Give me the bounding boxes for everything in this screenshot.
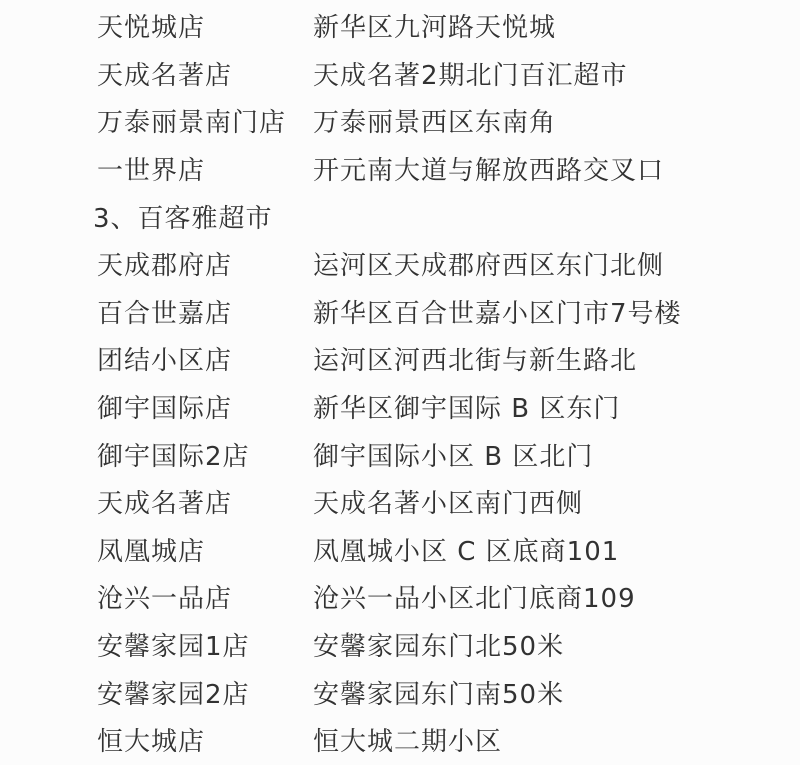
store-name: 安馨家园1店 — [97, 626, 313, 663]
store-address: 开元南大道与解放西路交叉口 — [313, 150, 800, 187]
store-name: 御宇国际店 — [97, 388, 313, 425]
store-name: 天悦城店 — [97, 7, 313, 44]
store-name: 天成郡府店 — [97, 245, 313, 282]
store-row: 团结小区店 运河区河西北街与新生路北 — [0, 335, 800, 383]
store-address: 御宇国际小区 B 区北门 — [313, 436, 800, 473]
store-row: 安馨家园1店 安馨家园东门北50米 — [0, 621, 800, 669]
store-row: 一世界店 开元南大道与解放西路交叉口 — [0, 145, 800, 193]
store-row: 百合世嘉店 新华区百合世嘉小区门市7号楼 — [0, 288, 800, 336]
store-name: 沧兴一品店 — [97, 578, 313, 615]
store-name: 团结小区店 — [97, 340, 313, 377]
section-header-text: 3、百客雅超市 — [93, 198, 273, 235]
store-row: 沧兴一品店 沧兴一品小区北门底商109 — [0, 573, 800, 621]
store-row: 恒大城店 恒大城二期小区 — [0, 716, 800, 764]
store-name: 万泰丽景南门店 — [97, 102, 313, 139]
store-directory-page: 天悦城店 新华区九河路天悦城 天成名著店 天成名著2期北门百汇超市 万泰丽景南门… — [0, 0, 800, 765]
store-address: 安馨家园东门南50米 — [313, 674, 800, 711]
store-address: 新华区百合世嘉小区门市7号楼 — [313, 293, 800, 330]
store-address: 沧兴一品小区北门底商109 — [313, 578, 800, 615]
store-name: 一世界店 — [97, 150, 313, 187]
store-name: 凤凰城店 — [97, 531, 313, 568]
store-name: 天成名著店 — [97, 55, 313, 92]
store-row: 安馨家园2店 安馨家园东门南50米 — [0, 668, 800, 716]
store-name: 御宇国际2店 — [97, 436, 313, 473]
store-address: 恒大城二期小区 — [313, 721, 800, 758]
store-row: 御宇国际店 新华区御宇国际 B 区东门 — [0, 383, 800, 431]
section-header: 3、百客雅超市 — [0, 192, 800, 240]
store-row: 万泰丽景南门店 万泰丽景西区东南角 — [0, 97, 800, 145]
store-name: 恒大城店 — [97, 721, 313, 758]
store-name: 天成名著店 — [97, 483, 313, 520]
store-name: 安馨家园2店 — [97, 674, 313, 711]
store-address: 万泰丽景西区东南角 — [313, 102, 800, 139]
store-row: 天成名著店 天成名著2期北门百汇超市 — [0, 50, 800, 98]
store-row: 天成郡府店 运河区天成郡府西区东门北侧 — [0, 240, 800, 288]
store-address: 安馨家园东门北50米 — [313, 626, 800, 663]
store-address: 凤凰城小区 C 区底商101 — [313, 531, 800, 568]
store-name: 百合世嘉店 — [97, 293, 313, 330]
store-address: 天成名著2期北门百汇超市 — [313, 55, 800, 92]
store-row: 御宇国际2店 御宇国际小区 B 区北门 — [0, 430, 800, 478]
store-row: 天成名著店 天成名著小区南门西侧 — [0, 478, 800, 526]
store-address: 运河区天成郡府西区东门北侧 — [313, 245, 800, 282]
store-address: 运河区河西北街与新生路北 — [313, 340, 800, 377]
store-address: 新华区九河路天悦城 — [313, 7, 800, 44]
store-row: 天悦城店 新华区九河路天悦城 — [0, 2, 800, 50]
store-address: 新华区御宇国际 B 区东门 — [313, 388, 800, 425]
store-row: 凤凰城店 凤凰城小区 C 区底商101 — [0, 526, 800, 574]
store-address: 天成名著小区南门西侧 — [313, 483, 800, 520]
